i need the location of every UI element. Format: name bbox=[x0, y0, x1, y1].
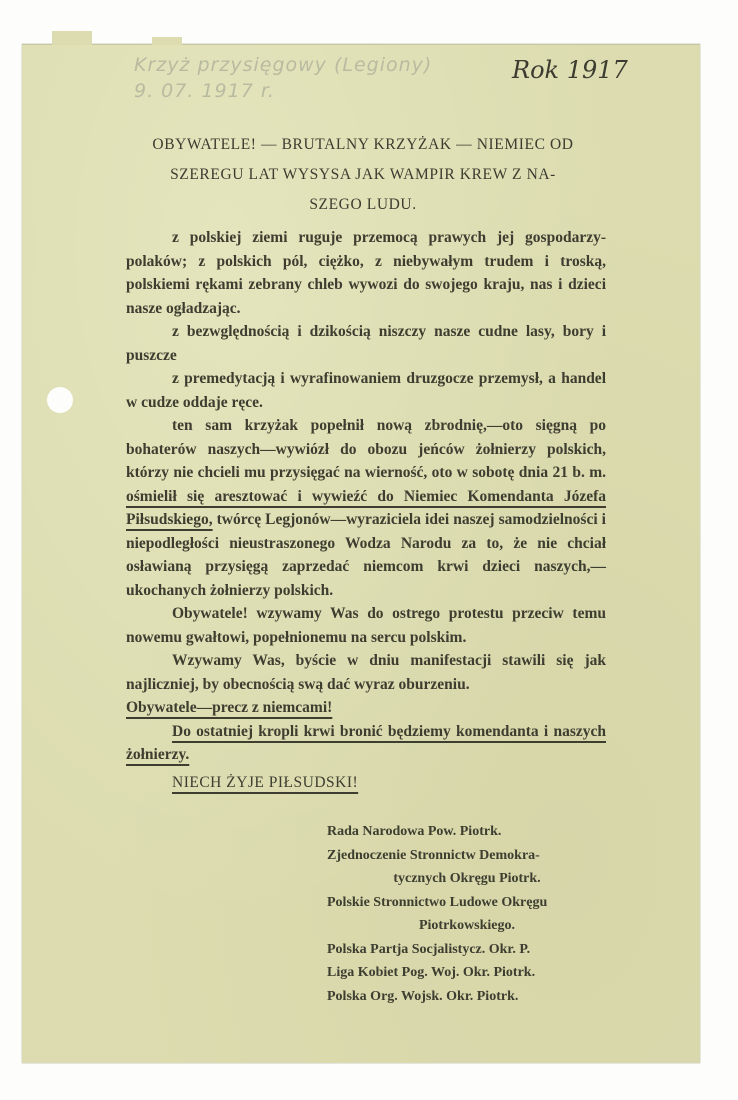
signatory: tycznych Okręgu Piotrk. bbox=[327, 867, 627, 891]
paragraph: Obywatele—precz z niemcami! bbox=[126, 696, 606, 720]
slogan: NIECH ŻYJE PIŁSUDSKI! bbox=[126, 771, 606, 795]
year-note: Rok 1917 bbox=[512, 56, 628, 84]
pencil-annotation: Krzyż przysięgowy (Legiony) bbox=[134, 54, 432, 76]
headline-line: SZEREGU LAT WYSYSA JAK WAMPIR KREW Z NA- bbox=[118, 160, 608, 190]
headline-line: OBYWATELE! — BRUTALNY KRZYŻAK — NIEMIEC … bbox=[118, 130, 608, 160]
signatories: Rada Narodowa Pow. Piotrk. Zjednoczenie … bbox=[327, 820, 627, 1008]
underlined-text: Obywatele—precz z niemcami! bbox=[126, 699, 332, 716]
signatory: Zjednoczenie Stronnictw Demokra- bbox=[327, 844, 627, 868]
signatory: Polska Partja Socjalistycz. Okr. P. bbox=[327, 938, 627, 962]
torn-edge bbox=[52, 31, 92, 45]
paragraph-text: ten sam krzyżak popełnił nową zbrodnię,—… bbox=[126, 417, 606, 481]
pencil-annotation-date: 9. 07. 1917 r. bbox=[134, 80, 275, 102]
paragraph: Wzywamy Was, byście w dniu manifestacji … bbox=[126, 649, 606, 696]
signatory: Rada Narodowa Pow. Piotrk. bbox=[327, 820, 627, 844]
headline: OBYWATELE! — BRUTALNY KRZYŻAK — NIEMIEC … bbox=[118, 130, 608, 220]
paragraph: z premedytacją i wyrafinowaniem druzgocz… bbox=[126, 367, 606, 414]
punch-hole bbox=[47, 387, 73, 413]
signatory: Polskie Stronnictwo Ludowe Okręgu bbox=[327, 891, 627, 915]
signatory: Polska Org. Wojsk. Okr. Piotrk. bbox=[327, 985, 627, 1009]
paragraph: z bezwględnością i dzikością niszczy nas… bbox=[126, 320, 606, 367]
signatory: Piotrkowskiego. bbox=[327, 914, 627, 938]
signatory: Liga Kobiet Pog. Woj. Okr. Piotrk. bbox=[327, 961, 627, 985]
headline-line: SZEGO LUDU. bbox=[118, 190, 608, 220]
paragraph: Obywatele! wzywamy Was do ostrego protes… bbox=[126, 602, 606, 649]
torn-edge bbox=[152, 37, 182, 45]
paragraph: z polskiej ziemi ruguje przemocą prawych… bbox=[126, 226, 606, 320]
underlined-text: Do ostatniej kropli krwi bronić będziemy… bbox=[126, 723, 606, 764]
paragraph: ten sam krzyżak popełnił nową zbrodnię,—… bbox=[126, 414, 606, 602]
proclamation-body: z polskiej ziemi ruguje przemocą prawych… bbox=[126, 226, 606, 794]
paragraph: Do ostatniej kropli krwi bronić będziemy… bbox=[126, 720, 606, 767]
slogan-text: NIECH ŻYJE PIŁSUDSKI! bbox=[172, 774, 358, 791]
